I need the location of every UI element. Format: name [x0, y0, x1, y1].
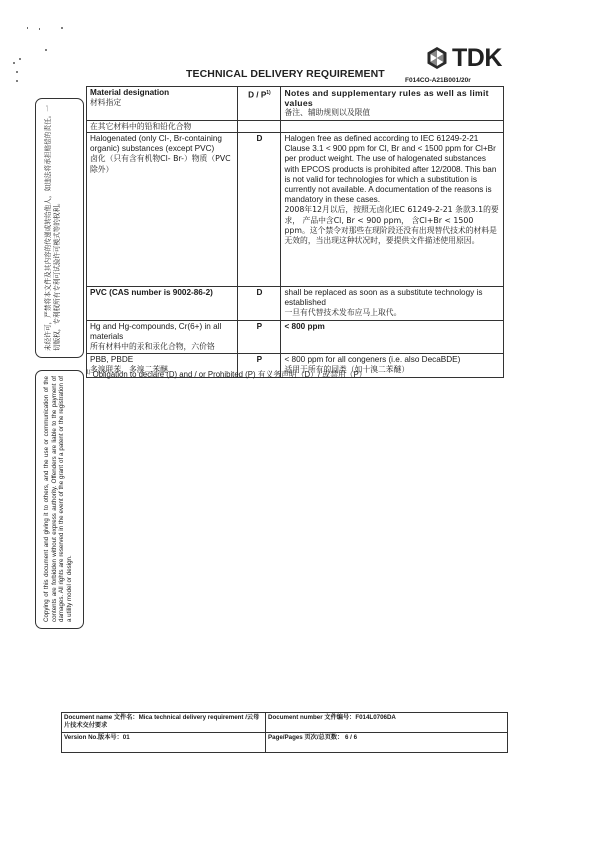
row-notes-en: Halogen free as defined according to IEC… — [284, 134, 500, 205]
section-notes-empty — [281, 121, 504, 133]
row-material-en: PVC (CAS number is 9002-86-2) — [90, 288, 234, 298]
row-material: Halogenated (only Cl-, Br-containing org… — [87, 133, 238, 287]
document-footer: Document name 文件名：Mica technical deliver… — [61, 712, 508, 753]
row-dp: D — [238, 287, 281, 321]
scan-speck — [39, 28, 40, 30]
footer-row: Document name 文件名：Mica technical deliver… — [62, 713, 508, 733]
document-title: TECHNICAL DELIVERY REQUIREMENT — [186, 68, 385, 80]
footer-pages: Page/Pages 页次/总页数： 6 / 6 — [266, 733, 508, 753]
row-notes-en: < 800 ppm for all congeners (i.e. also D… — [284, 355, 500, 365]
table-row: Hg and Hg-compounds, Cr(6+) in all mater… — [87, 320, 504, 354]
header-material: Material designation 材料指定 — [87, 87, 238, 121]
row-notes-en: < 800 ppm — [284, 322, 500, 332]
copyright-notice-en: Copying of this document and giving it t… — [43, 376, 73, 622]
scan-speck — [16, 71, 18, 73]
footer-row: Version No.版本号：01 Page/Pages 页次/总页数： 6 /… — [62, 733, 508, 753]
row-material-en: PBB, PBDE — [90, 355, 234, 365]
tdk-emblem-icon — [425, 46, 449, 70]
row-material: PVC (CAS number is 9002-86-2) — [87, 287, 238, 321]
row-dp: D — [238, 133, 281, 287]
header-notes-en: Notes and supplementary rules as well as… — [284, 88, 500, 108]
copyright-notice-zh: 未经许可，严禁将本文件及其内容的传递或转给他人，如违法将承担赔偿的责任。一切版权… — [44, 105, 62, 351]
footer-version: Version No.版本号：01 — [62, 733, 266, 753]
scan-speck — [16, 80, 18, 82]
copyright-notice-zh-box: 未经许可，严禁将本文件及其内容的传递或转给他人，如违法将承担赔偿的责任。一切版权… — [35, 98, 84, 358]
substance-table: Material designation 材料指定 D / P1) Notes … — [86, 86, 504, 378]
row-material: Hg and Hg-compounds, Cr(6+) in all mater… — [87, 320, 238, 354]
scan-speck — [13, 62, 15, 64]
section-row: 在其它材料中的铅和铅化合物 — [87, 121, 504, 133]
scan-speck — [61, 27, 63, 29]
table-row: Halogenated (only Cl-, Br-containing org… — [87, 133, 504, 287]
row-notes: < 800 ppm — [281, 320, 504, 354]
row-material-zh: 所有材料中的汞和汞化合物，六价铬 — [90, 342, 234, 352]
row-notes-en: shall be replaced as soon as a substitut… — [284, 288, 500, 308]
section-label: 在其它材料中的铅和铅化合物 — [87, 121, 238, 133]
scan-speck — [45, 49, 47, 51]
table-row: PVC (CAS number is 9002-86-2) D shall be… — [87, 287, 504, 321]
scan-speck — [19, 58, 21, 60]
row-notes: shall be replaced as soon as a substitut… — [281, 287, 504, 321]
table-header-row: Material designation 材料指定 D / P1) Notes … — [87, 87, 504, 121]
row-dp: P — [238, 320, 281, 354]
header-notes: Notes and supplementary rules as well as… — [281, 87, 504, 121]
row-notes-zh: 一旦有代替技术发布应马上取代。 — [284, 308, 500, 318]
row-material-en: Halogenated (only Cl-, Br-containing org… — [90, 134, 234, 154]
footnote-text: Obligation to declare (D) and / or Prohi… — [93, 370, 367, 379]
header-notes-zh: 备注、辅助规则以及限值 — [284, 108, 500, 118]
footer-document-name: Document name 文件名：Mica technical deliver… — [62, 713, 266, 733]
footer-document-number: Document number 文件编号：F014L0706DA — [266, 713, 508, 733]
section-dp-empty — [238, 121, 281, 133]
row-notes: Halogen free as defined according to IEC… — [281, 133, 504, 287]
tdk-logo: TDK — [425, 46, 502, 70]
scan-speck — [27, 27, 28, 29]
logo-text: TDK — [452, 46, 502, 70]
header-dp-footnote-marker: 1) — [266, 90, 270, 96]
footnote: 1) Obligation to declare (D) and / or Pr… — [86, 369, 366, 380]
footnote-marker: 1) — [86, 369, 90, 375]
row-notes-zh: 2008年12月以后，按照无卤化IEC 61249-2-21 条款3.1的要求，… — [284, 205, 500, 246]
document-reference: F014CO-A21B001/20r — [405, 77, 471, 84]
copyright-notice-en-box: Copying of this document and giving it t… — [35, 370, 84, 629]
header-dp: D / P1) — [238, 87, 281, 121]
header-material-en: Material designation — [90, 88, 234, 98]
header-material-zh: 材料指定 — [90, 98, 234, 108]
row-material-zh: 卤化（只有含有机物Cl- Br-）物质（PVC除外） — [90, 154, 234, 174]
row-material-en: Hg and Hg-compounds, Cr(6+) in all mater… — [90, 322, 234, 342]
header-dp-label: D / P — [248, 91, 266, 100]
